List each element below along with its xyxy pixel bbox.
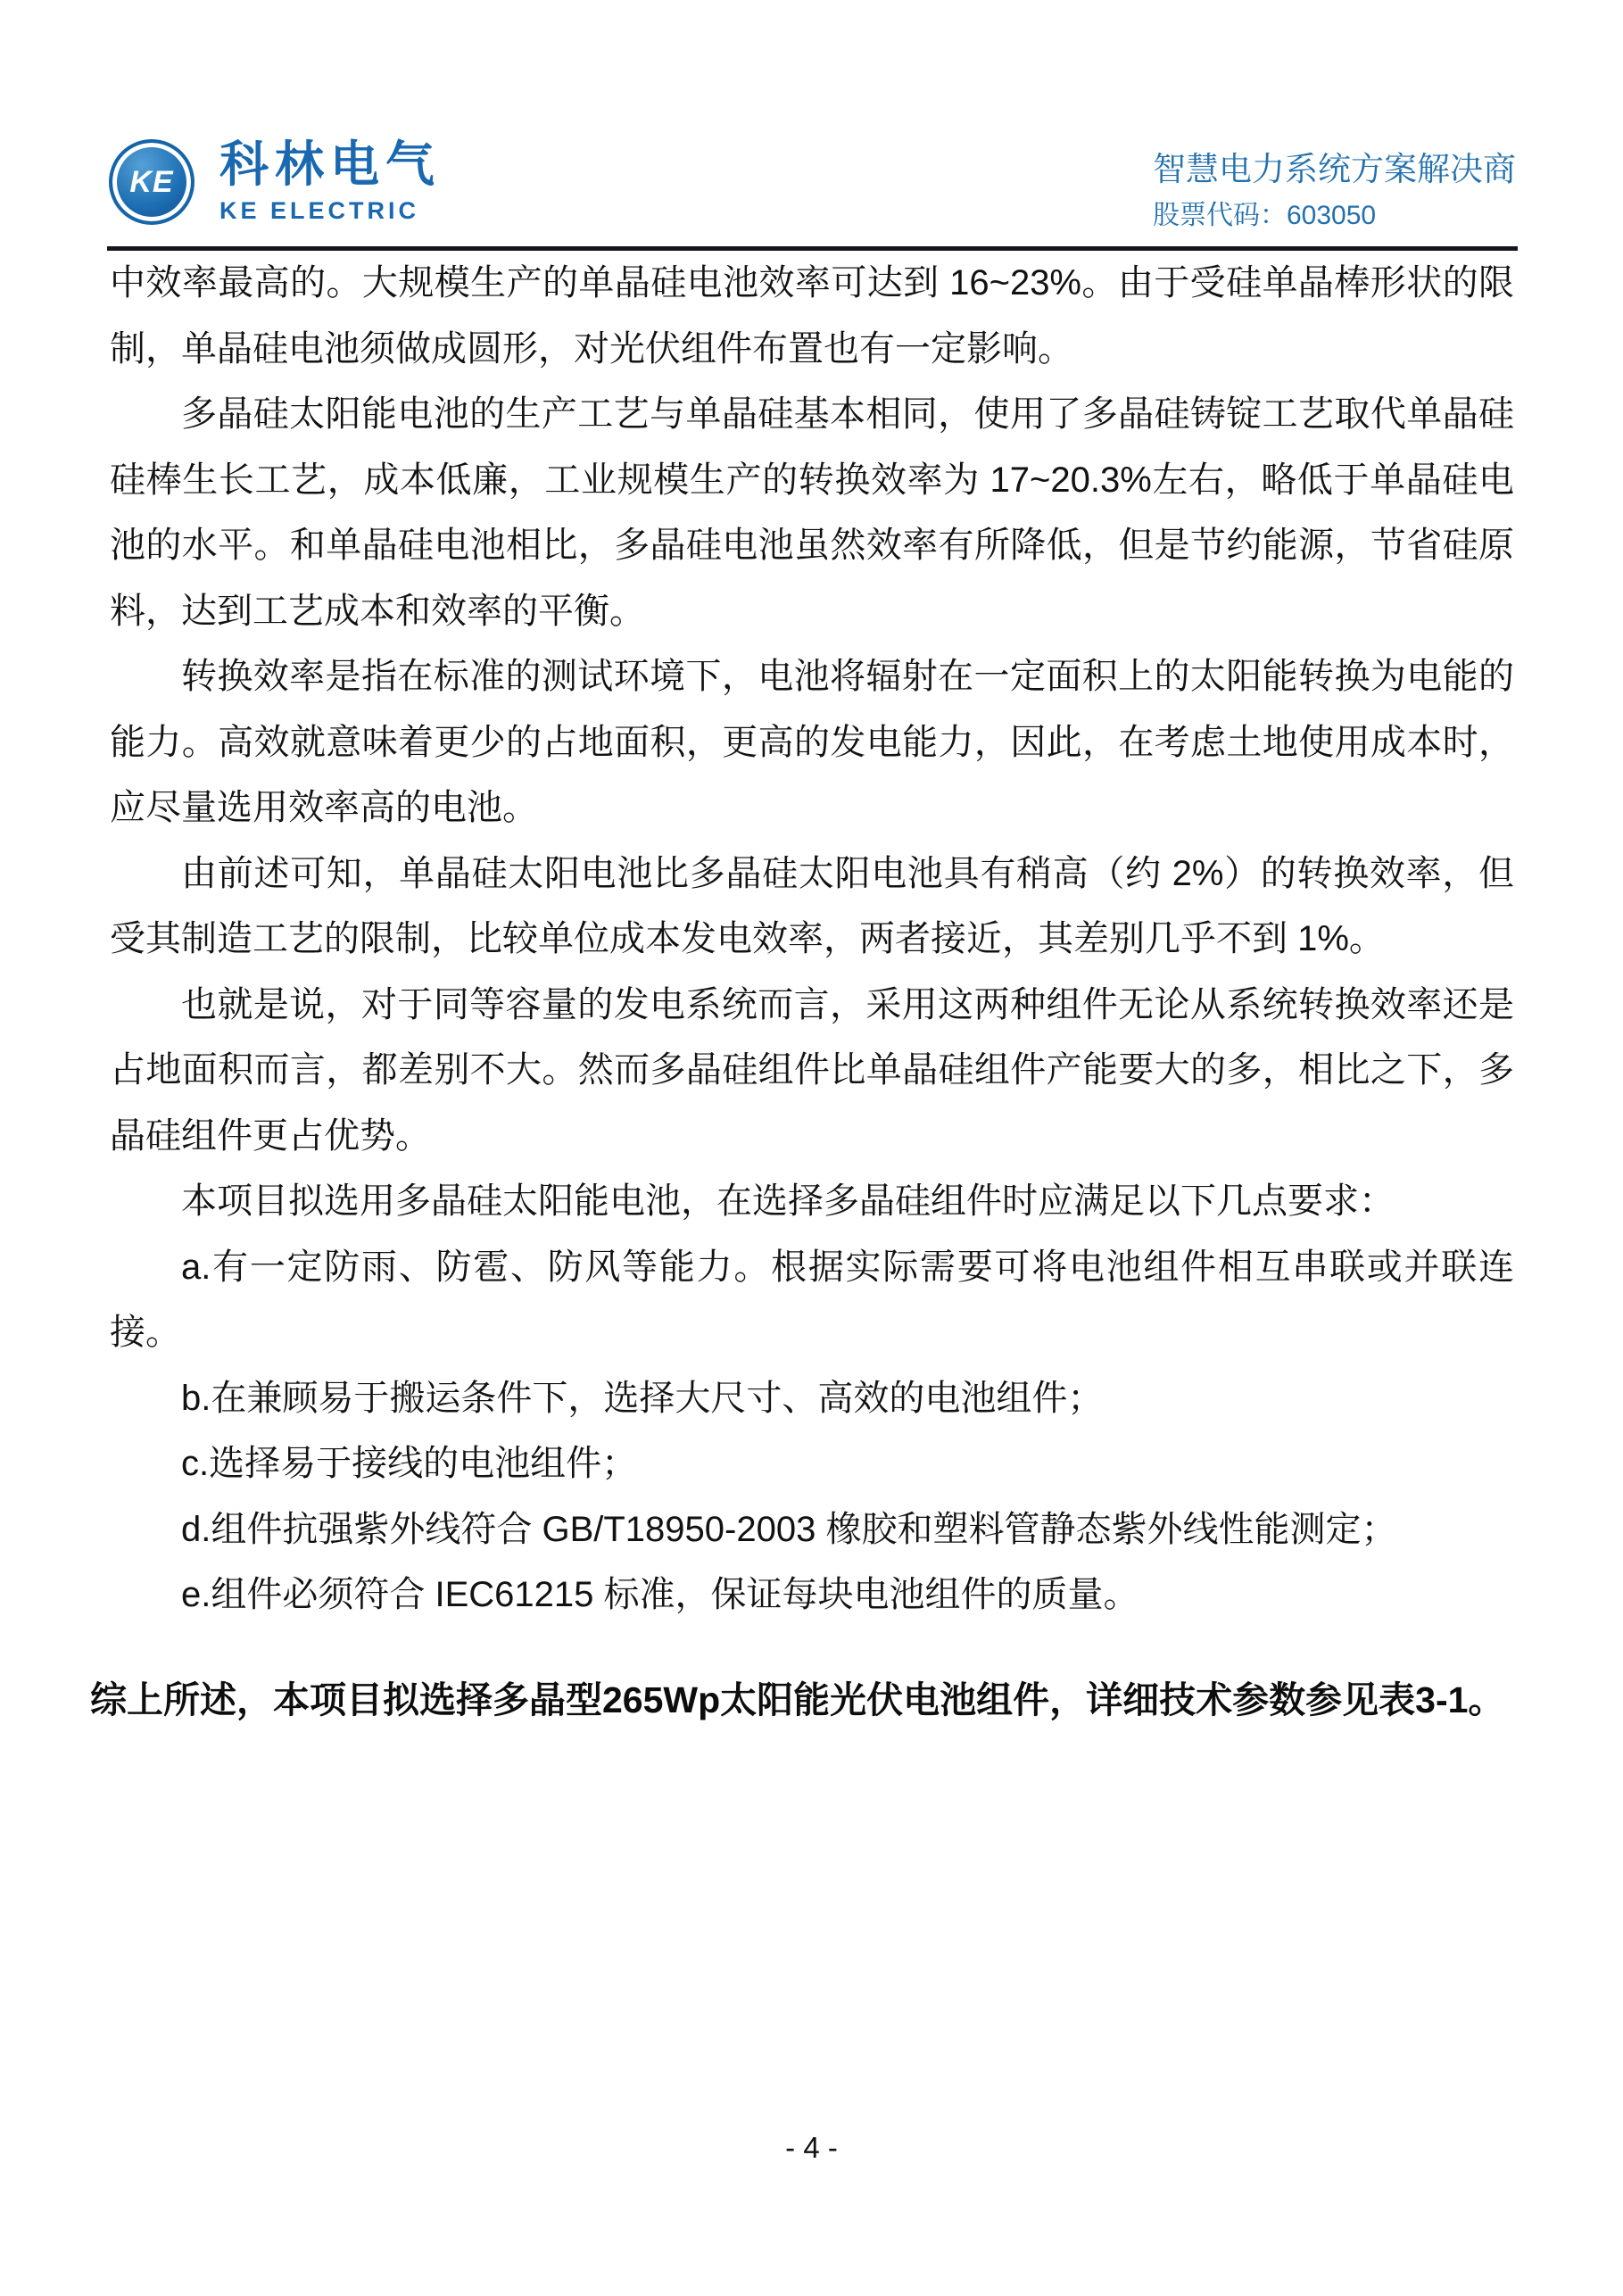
company-tagline: 智慧电力系统方案解决商: [1153, 152, 1516, 188]
ke-logo-badge-text: KE: [129, 165, 173, 200]
body-paragraph: 由前述可知，单晶硅太阳电池比多晶硅太阳电池具有稍高（约 2%）的转换效率，但受其…: [110, 841, 1514, 973]
company-name-en: KE ELECTRIC: [219, 197, 441, 225]
page-number: - 4 -: [785, 2131, 838, 2164]
body-paragraph: 本项目拟选用多晶硅太阳能电池，在选择多晶硅组件时应满足以下几点要求：: [110, 1169, 1514, 1235]
page-header: KE 科林电气 KE ELECTRIC 智慧电力系统方案解决商 股票代码：603…: [109, 139, 1516, 230]
list-item-b: b.在兼顾易于搬运条件下，选择大尺寸、高效的电池组件；: [110, 1366, 1514, 1432]
body-paragraph: 中效率最高的。大规模生产的单晶硅电池效率可达到 16~23%。由于受硅单晶棒形状…: [110, 251, 1514, 382]
list-item-e: e.组件必须符合 IEC61215 标准，保证每块电池组件的质量。: [110, 1562, 1514, 1629]
list-item-c: c.选择易于接线的电池组件；: [110, 1431, 1514, 1497]
body-paragraph: 也就是说，对于同等容量的发电系统而言，采用这两种组件无论从系统转换效率还是占地面…: [110, 973, 1514, 1170]
conclusion-statement: 综上所述，本项目拟选择多晶型265Wp太阳能光伏电池组件，详细技术参数参见表3-…: [90, 1668, 1514, 1734]
company-name-block: 科林电气 KE ELECTRIC: [219, 140, 441, 225]
list-item-d: d.组件抗强紫外线符合 GB/T18950-2003 橡胶和塑料管静态紫外线性能…: [110, 1497, 1514, 1563]
ke-logo-icon: KE: [109, 139, 195, 225]
header-right-block: 智慧电力系统方案解决商 股票代码：603050: [1153, 152, 1516, 230]
list-item-a: a.有一定防雨、防雹、防风等能力。根据实际需要可将电池组件相互串联或并联连接。: [110, 1235, 1514, 1366]
body-paragraph: 转换效率是指在标准的测试环境下，电池将辐射在一定面积上的太阳能转换为电能的能力。…: [110, 644, 1514, 841]
company-logo: KE 科林电气 KE ELECTRIC: [109, 139, 441, 225]
company-name-cn: 科林电气: [219, 140, 441, 189]
document-page: KE 科林电气 KE ELECTRIC 智慧电力系统方案解决商 股票代码：603…: [0, 0, 1623, 2296]
page-footer: - 4 -: [0, 2131, 1623, 2165]
document-body: 中效率最高的。大规模生产的单晶硅电池效率可达到 16~23%。由于受硅单晶棒形状…: [110, 251, 1514, 1733]
body-paragraph: 多晶硅太阳能电池的生产工艺与单晶硅基本相同，使用了多晶硅铸锭工艺取代单晶硅硅棒生…: [110, 382, 1514, 644]
stock-code: 股票代码：603050: [1153, 201, 1376, 230]
